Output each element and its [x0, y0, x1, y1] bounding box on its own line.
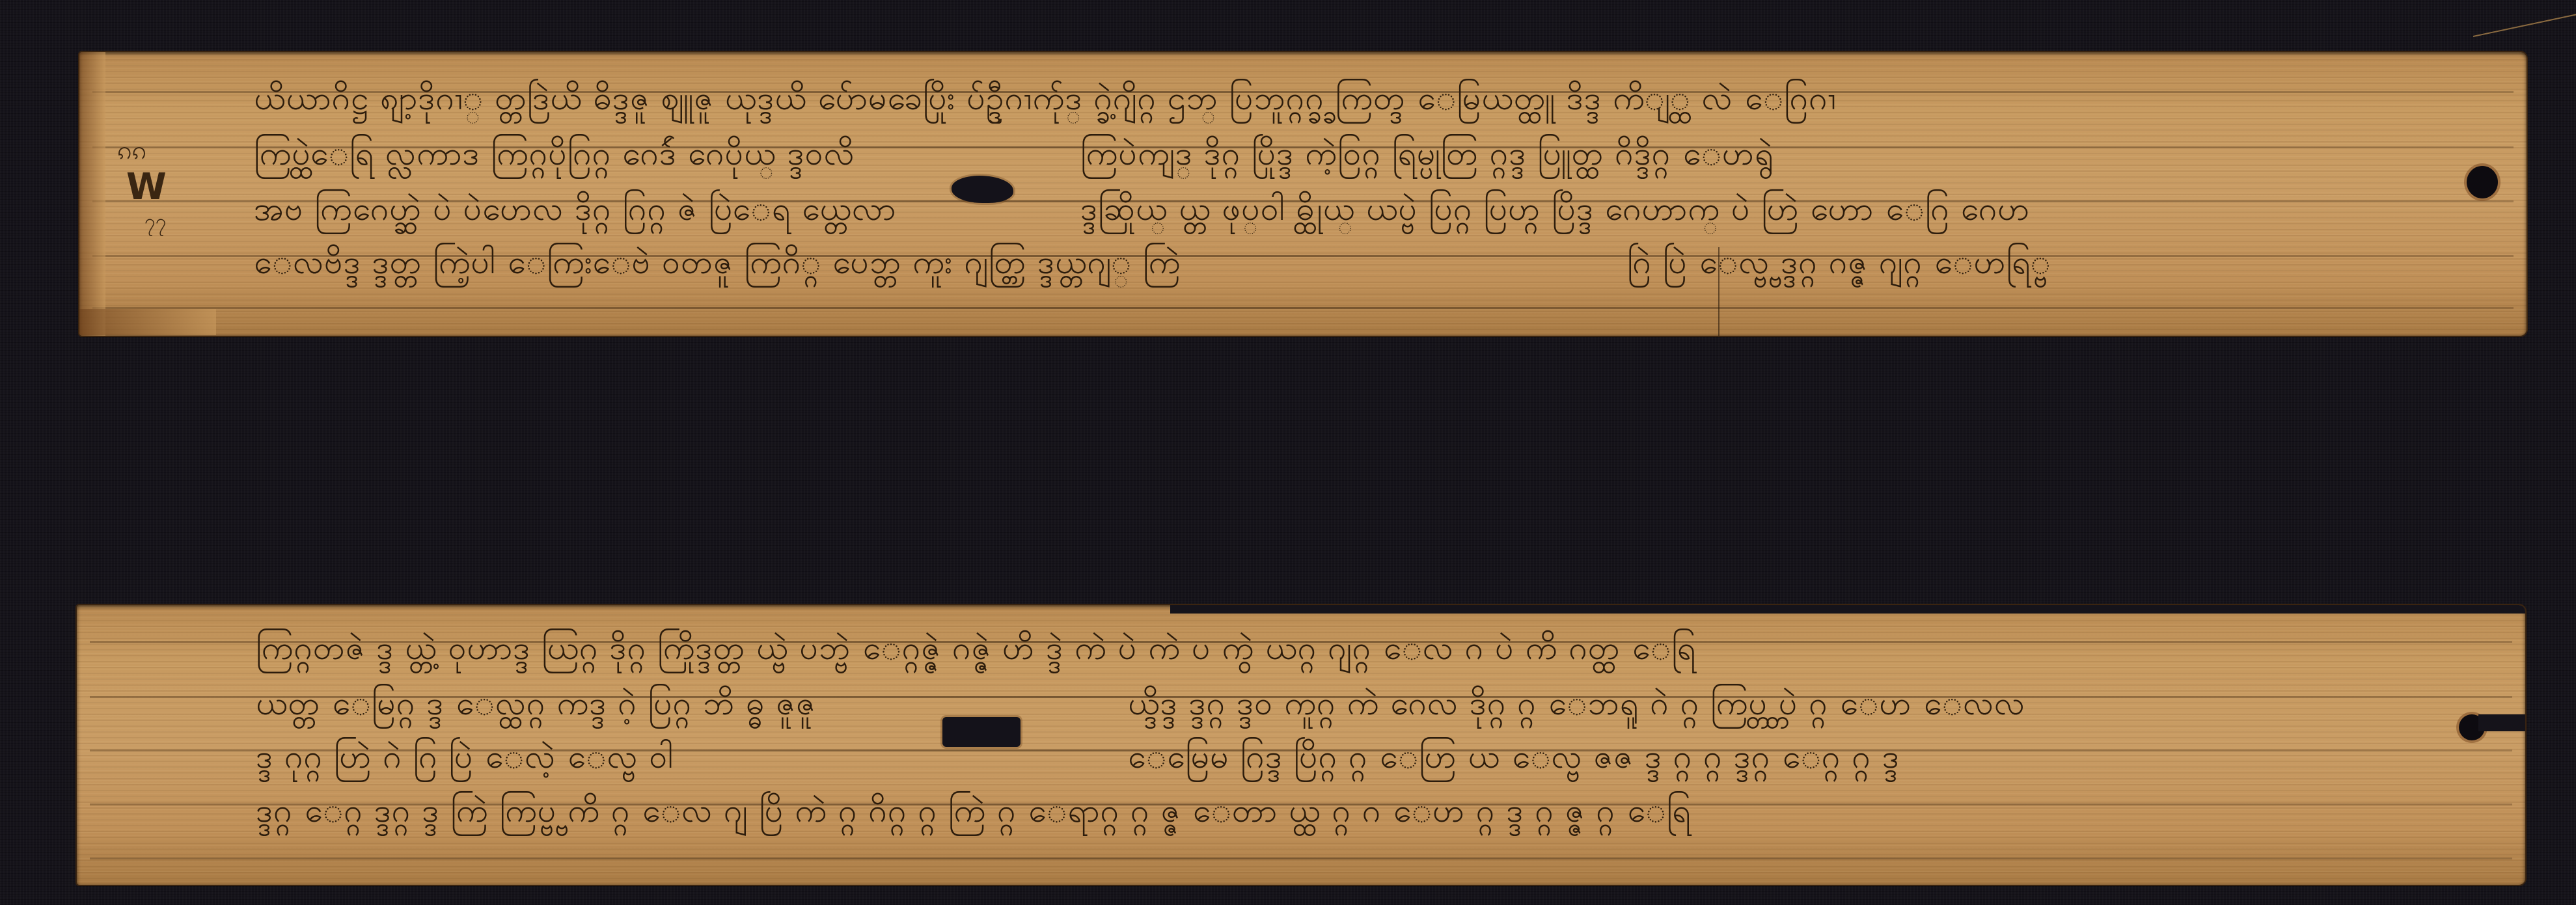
binding-hole — [952, 176, 1013, 203]
text-segment: ဒ္ဒဆြိုယ္ ယ္တ ဖုပ္ဝါ ဓ္ထိုယ္ ယပ္ဗဲ ပြဂ္ဂ… — [1080, 189, 2030, 236]
ruling-line — [90, 858, 2512, 859]
text-segment: အဗ ကြဂေဟ္ဆဲ ပဲ ပဲဟေလ ဒိုဂ္ဂ ဂြဂ္ဂ ဇဲ ပြဲ… — [254, 189, 896, 236]
text-segment: ဒ္ဒ ဂုဂ္ဂ ဟြဲ ဂဲ ဂြ ပြဲ ေလဲ့ ေလ္ဗ ဝါ — [256, 736, 674, 784]
margin-mark: W — [126, 166, 167, 208]
text-segment: ယိယာဂိဋ္ဌ ၈ျာ့ဒိုဂၢ္ တ္တဒြဲယိ ဓိဒ္ဒဇူ ဈူ… — [254, 79, 1837, 117]
text-segment: ယ္ဒိဒ္ဒ ဒ္ဒဂ္ဂ ဒ္ဒဝ ကူဂ္ဂ ကဲ ဂေလ ဒိုဂ္ဂ … — [1128, 683, 2025, 731]
palm-leaf-bottom: ကြဂ္ဂတဇဲ ဒ္ဒ ယ္တဲ့ ဝုဟာဒ္ဒ ယြဂ္ဂ ဒိုဂ္ဂ … — [77, 605, 2525, 885]
text-segment: ကြဂ္ဂတဇဲ ဒ္ဒ ယ္တဲ့ ဝုဟာဒ္ဒ ယြဂ္ဂ ဒိုဂ္ဂ … — [256, 629, 1696, 667]
text-segment: ေလဗိဒ္ဒ ဒ္ဒတ္တ ကြဲ့ပါ ေကြးေဗဲ ၀တဇူ ကြဂိ္… — [254, 242, 1181, 290]
text-segment: ဒ္ဒဂ္ဂ ေဂ္ဂ ဒ္ဒဂ္ဂ ဒ္ဒ ကြဲ ကြပ္ဗ္ဗ ကိ ဂ္… — [256, 792, 1692, 830]
edge-damage — [79, 309, 216, 335]
edge-slit — [2478, 714, 2525, 731]
edge-damage — [79, 52, 105, 336]
text-segment: ယတ္တ ေမြဂ္ဂ ဒ္ဒ ေလ္ထဂ္ဂ ကဒ္ဒ ဂဲ့ ပြဂ္ဂ ဘ… — [256, 683, 816, 731]
folio-numeral: ၇၇ — [144, 208, 167, 237]
manuscript-line-1: ကြဂ္ဂတဇဲ ဒ္ဒ ယ္တဲ့ ဝုဟာဒ္ဒ ယြဂ္ဂ ဒိုဂ္ဂ … — [256, 628, 1696, 675]
loose-thread — [2473, 14, 2576, 37]
string-hole — [2467, 166, 2498, 198]
palm-leaf-top: ၵၵ W ၇၇ ယိယာဂိဋ္ဌ ၈ျာ့ဒိုဂၢ္ တ္တဒြဲယိ ဓိ… — [79, 52, 2527, 336]
manuscript-line-4: ဒ္ဒဂ္ဂ ေဂ္ဂ ဒ္ဒဂ္ဂ ဒ္ဒ ကြဲ ကြပ္ဗ္ဗ ကိ ဂ္… — [256, 790, 1692, 838]
text-segment: ကြပ္ထဲေရြ လ္လကာဒ ကြဂ္ဂပိုဂြဂ္ဂ ဂေဒ်ဴ ဂေပ… — [254, 133, 855, 181]
text-segment: ကြပဲကျဒ္ ဒိုဂ္ဂ ပြိုဒ္ဒ ကဲ့ဝြဂ္ဂ ရြမ္ပုတ… — [1080, 133, 1774, 181]
binding-hole — [942, 717, 1021, 747]
top-edge-notch — [1170, 605, 2525, 614]
manuscript-line-1: ယိယာဂိဋ္ဌ ၈ျာ့ဒိုဂၢ္ တ္တဒြဲယိ ဓိဒ္ဒဇူ ဈူ… — [254, 78, 1837, 126]
text-segment: ဂြဲ ပြဲ ေလ္ဗ္ဗ ဒ္ဒဂ္ဂ ဂဇ္ဇ ဂျဂ္ဂ ေဟရြ္ဗ — [1627, 242, 2051, 290]
text-segment: ေမြေမ ဂြဒ္ဒ ပြိဂ္ဂ ဂ္ဂ ေဟြ ယ ေလ္ဗ ဇဇ ဒ္ဒ… — [1128, 736, 1900, 784]
leaf-crack — [1718, 247, 1720, 336]
ruling-line — [92, 307, 2514, 309]
